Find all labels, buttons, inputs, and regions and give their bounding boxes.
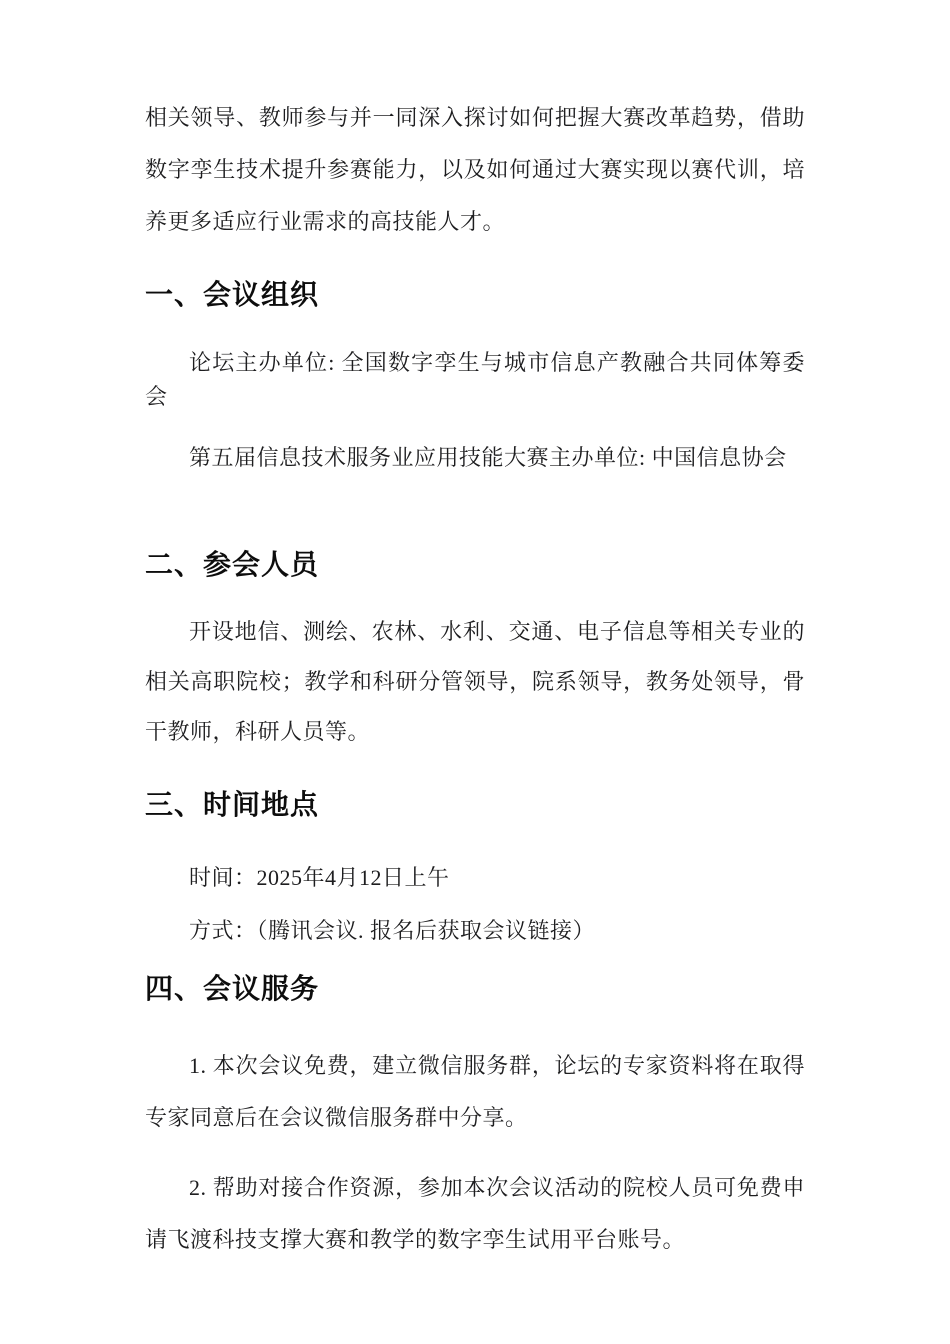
meeting-method-paragraph: 方式：（腾讯会议. 报名后获取会议链接）	[145, 914, 805, 948]
section-heading-time-location: 三、时间地点	[145, 787, 805, 823]
attendees-paragraph: 开设地信、测绘、农林、水利、交通、电子信息等相关专业的相关高职院校；教学和科研分…	[145, 607, 805, 757]
service-item-1-paragraph: 1. 本次会议免费，建立微信服务群，论坛的专家资料将在取得专家同意后在会议微信服…	[145, 1040, 805, 1144]
meeting-time-paragraph: 时间：2025年4月12日上午	[145, 861, 805, 895]
document-content: 相关领导、教师参与并一同深入探讨如何把握大赛改革趋势，借助数字孪生技术提升参赛能…	[0, 0, 950, 1266]
competition-host-paragraph: 第五届信息技术服务业应用技能大赛主办单位: 中国信息协会	[145, 441, 805, 475]
section-heading-services: 四、会议服务	[145, 971, 805, 1007]
service-item-2-paragraph: 2. 帮助对接合作资源，参加本次会议活动的院校人员可免费申请飞渡科技支撑大赛和教…	[145, 1162, 805, 1266]
forum-host-paragraph: 论坛主办单位: 全国数字孪生与城市信息产教融合共同体筹委会	[145, 346, 805, 414]
section-heading-attendees: 二、参会人员	[145, 547, 805, 583]
document-page: 相关领导、教师参与并一同深入探讨如何把握大赛改革趋势，借助数字孪生技术提升参赛能…	[0, 0, 950, 1344]
intro-paragraph: 相关领导、教师参与并一同深入探讨如何把握大赛改革趋势，借助数字孪生技术提升参赛能…	[145, 92, 805, 248]
section-heading-organization: 一、会议组织	[145, 277, 805, 313]
